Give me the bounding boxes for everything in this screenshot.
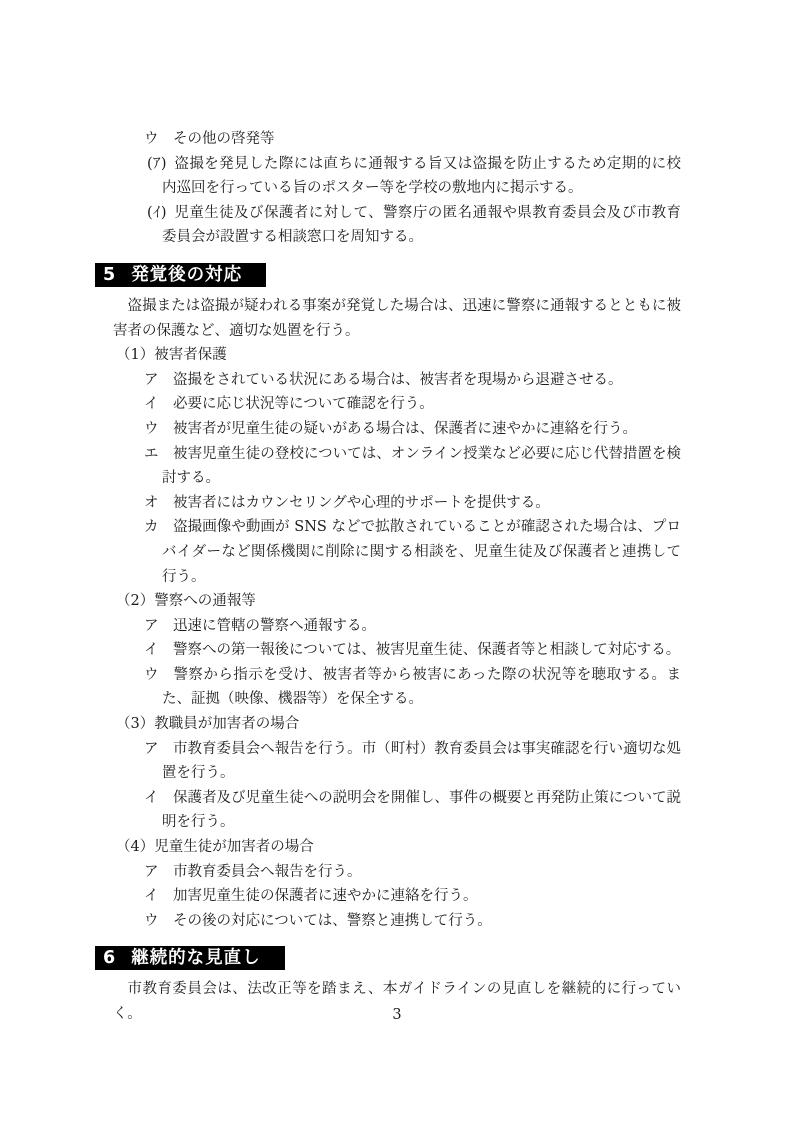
item-marker: ウ	[144, 909, 173, 934]
subsection-3-staff-perpetrator: （3）教職員が加害者の場合 ア市教育委員会へ報告を行う。市（町村）教育委員会は事…	[113, 712, 681, 835]
item-marker: ウ	[144, 127, 173, 152]
item-marker: ウ	[144, 417, 173, 442]
item-text: その他の啓発等	[173, 131, 275, 147]
section-title: 継続的な見直し	[131, 948, 261, 968]
item-text: 被害者にはカウンセリングや心理的サポートを提供する。	[173, 495, 550, 511]
item-text: 被害児童生徒の登校については、オンライン授業など必要に応じ代替措置を検討する。	[162, 446, 681, 487]
list-item: ア盗撮をされている状況にある場合は、被害者を現場から退避させる。	[113, 368, 681, 393]
page-content: ウその他の啓発等 (ｱ)盗撮を発見した際には直ちに通報する旨又は盗撮を防止するた…	[113, 127, 681, 1027]
list-item-u-keihatsu: ウその他の啓発等	[113, 127, 681, 152]
list-item: ア迅速に管轄の警察へ通報する。	[113, 614, 681, 639]
list-item: ア市教育委員会へ報告を行う。	[113, 860, 681, 885]
item-marker: イ	[144, 638, 173, 663]
list-subitem-i: (ｲ)児童生徒及び保護者に対して、警察庁の匿名通報や県教育委員会及び市教育委員会…	[113, 201, 681, 250]
subsection-2-police-report: （2）警察への通報等 ア迅速に管轄の警察へ通報する。 イ警察への第一報後について…	[113, 589, 681, 712]
list-item: イ保護者及び児童生徒への説明会を開催し、事件の概要と再発防止策について説明を行う…	[113, 786, 681, 835]
list-subitem-a: (ｱ)盗撮を発見した際には直ちに通報する旨又は盗撮を防止するため定期的に校内巡回…	[113, 152, 681, 201]
list-item: ウ被害者が児童生徒の疑いがある場合は、保護者に速やかに連絡を行う。	[113, 417, 681, 442]
item-marker: ア	[144, 614, 173, 639]
item-marker: イ	[144, 884, 173, 909]
list-item: エ被害児童生徒の登校については、オンライン授業など必要に応じ代替措置を検討する。	[113, 442, 681, 491]
item-marker: ウ	[144, 663, 173, 688]
item-text: 加害児童生徒の保護者に速やかに連絡を行う。	[173, 888, 478, 904]
page-number: 3	[392, 1007, 401, 1023]
item-text: 被害者が児童生徒の疑いがある場合は、保護者に速やかに連絡を行う。	[173, 421, 637, 437]
document-page: ウその他の啓発等 (ｱ)盗撮を発見した際には直ちに通報する旨又は盗撮を防止するた…	[0, 0, 794, 1123]
item-marker: エ	[144, 442, 173, 467]
item-marker: イ	[144, 786, 173, 811]
subsection-title: （3）教職員が加害者の場合	[116, 712, 681, 737]
item-text: 盗撮画像や動画が SNS などで拡散されていることが確認された場合は、プロバイダ…	[162, 519, 681, 584]
list-item: オ被害者にはカウンセリングや心理的サポートを提供する。	[113, 491, 681, 516]
item-text: 警察への第一報後については、被害児童生徒、保護者等と相談して対応する。	[173, 642, 680, 658]
item-marker: カ	[144, 515, 173, 540]
subsection-title: （1）被害者保護	[116, 343, 681, 368]
list-item: ウその後の対応については、警察と連携して行う。	[113, 909, 681, 934]
item-marker: ア	[144, 860, 173, 885]
page-footer: 3	[0, 1003, 794, 1027]
item-text: 必要に応じ状況等について確認を行う。	[173, 396, 434, 412]
subsection-4-student-perpetrator: （4）児童生徒が加害者の場合 ア市教育委員会へ報告を行う。 イ加害児童生徒の保護…	[113, 835, 681, 933]
list-item: ア市教育委員会へ報告を行う。市（町村）教育委員会は事実確認を行い適切な処置を行う…	[113, 737, 681, 786]
subsection-title: （4）児童生徒が加害者の場合	[116, 835, 681, 860]
item-text: 市教育委員会へ報告を行う。	[173, 864, 362, 880]
item-marker: ア	[144, 737, 173, 762]
section-title: 発覚後の対応	[131, 265, 242, 285]
list-item: カ盗撮画像や動画が SNS などで拡散されていることが確認された場合は、プロバイ…	[113, 515, 681, 589]
item-text: 盗撮をされている状況にある場合は、被害者を現場から退避させる。	[173, 372, 623, 388]
item-text: 警察から指示を受け、被害者等から被害にあった際の状況等を聴取する。また、証拠（映…	[162, 667, 681, 708]
section-5-lead-paragraph: 盗撮または盗撮が疑われる事案が発覚した場合は、迅速に警察に通報するとともに被害者…	[113, 294, 681, 343]
section-6-heading: 6継続的な見直し	[95, 946, 285, 970]
list-item: ウ警察から指示を受け、被害者等から被害にあった際の状況等を聴取する。また、証拠（…	[113, 663, 681, 712]
subsection-1-victim-protection: （1）被害者保護 ア盗撮をされている状況にある場合は、被害者を現場から退避させる…	[113, 343, 681, 589]
item-text: 保護者及び児童生徒への説明会を開催し、事件の概要と再発防止策について説明を行う。	[162, 790, 681, 831]
item-marker: (ｱ)	[147, 152, 174, 177]
subsection-title: （2）警察への通報等	[116, 589, 681, 614]
list-item: イ警察への第一報後については、被害児童生徒、保護者等と相談して対応する。	[113, 638, 681, 663]
section-5-heading: 5発覚後の対応	[95, 263, 266, 287]
item-marker: オ	[144, 491, 173, 516]
list-item: イ加害児童生徒の保護者に速やかに連絡を行う。	[113, 884, 681, 909]
item-text: 迅速に管轄の警察へ通報する。	[173, 618, 376, 634]
item-text: 児童生徒及び保護者に対して、警察庁の匿名通報や県教育委員会及び市教育委員会が設置…	[162, 205, 681, 246]
item-marker: イ	[144, 392, 173, 417]
item-marker: (ｲ)	[147, 201, 174, 226]
list-item: イ必要に応じ状況等について確認を行う。	[113, 392, 681, 417]
item-marker: ア	[144, 368, 173, 393]
item-text: 盗撮を発見した際には直ちに通報する旨又は盗撮を防止するため定期的に校内巡回を行っ…	[162, 156, 681, 197]
section-number: 5	[103, 265, 116, 285]
section-number: 6	[103, 948, 116, 968]
item-text: その後の対応については、警察と連携して行う。	[173, 913, 492, 929]
item-text: 市教育委員会へ報告を行う。市（町村）教育委員会は事実確認を行い適切な処置を行う。	[162, 741, 681, 782]
